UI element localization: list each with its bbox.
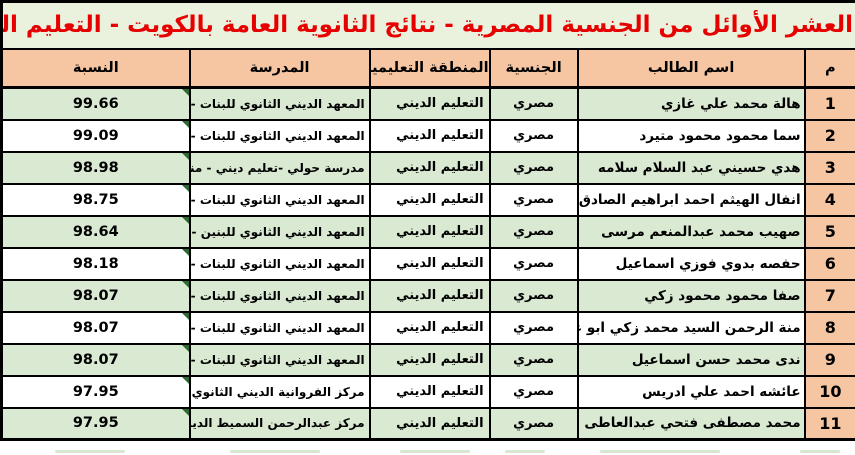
student-name-cell: صفا محمود محمود زكي [578, 280, 805, 312]
cell-error-indicator-icon [182, 377, 189, 384]
rank-cell: 8 [805, 312, 855, 344]
district-cell: التعليم الديني [370, 408, 490, 440]
percentage-value: 98.64 [73, 224, 119, 240]
student-name-cell: صهيب محمد عبدالمنعم مرسى [578, 216, 805, 248]
percentage-value: 97.95 [73, 384, 119, 400]
nationality-cell: مصري [490, 344, 578, 376]
table-row: 11 محمد مصطفى فتحي عبدالعاطى الشابورى مص… [2, 408, 855, 440]
table-header-row: م اسم الطالب الجنسية المنطقة التعليمية ا… [2, 49, 855, 88]
nationality-cell: مصري [490, 120, 578, 152]
percentage-cell: 98.18 [2, 248, 190, 280]
student-name-cell: حفصه بدوي فوزي اسماعيل [578, 248, 805, 280]
school-cell: المعهد الديني الثانوي للبنات - قَرطبة [190, 248, 370, 280]
col-header-district: المنطقة التعليمية [370, 49, 490, 88]
percentage-cell: 98.07 [2, 344, 190, 376]
percentage-value: 99.09 [73, 128, 119, 144]
student-name-cell: سما محمود محمود متيرد [578, 120, 805, 152]
row-sliver [400, 450, 470, 453]
percentage-value: 97.95 [73, 415, 119, 431]
results-table: العشر الأوائل من الجنسية المصرية - نتائج… [0, 0, 855, 441]
school-cell: المعهد الديني الثانوي للبنات - قَرطبة [190, 344, 370, 376]
school-cell: المعهد الديني الثانوي للبنات - قَرطبة [190, 184, 370, 216]
partial-next-row [0, 447, 855, 455]
nationality-cell: مصري [490, 280, 578, 312]
percentage-cell: 98.07 [2, 312, 190, 344]
student-name-cell: هالة محمد علي غازي [578, 88, 805, 120]
rank-cell: 7 [805, 280, 855, 312]
rank-cell: 4 [805, 184, 855, 216]
cell-error-indicator-icon [182, 185, 189, 192]
student-name-cell: محمد مصطفى فتحي عبدالعاطى الشابورى [578, 408, 805, 440]
school-cell: المعهد الديني الثانوي للبنات - قَرطبة [190, 88, 370, 120]
col-header-nationality: الجنسية [490, 49, 578, 88]
cell-error-indicator-icon [182, 121, 189, 128]
rank-cell: 1 [805, 88, 855, 120]
row-sliver [230, 450, 320, 453]
cell-error-indicator-icon [182, 313, 189, 320]
percentage-cell: 99.66 [2, 88, 190, 120]
table-row: 1 هالة محمد علي غازي مصري التعليم الديني… [2, 88, 855, 120]
cell-error-indicator-icon [182, 345, 189, 352]
school-cell: مدرسة حولي -تعليم ديني - منازل بنات [190, 152, 370, 184]
school-cell: المعهد الديني الثانوي للبنات - قَرطبة [190, 280, 370, 312]
col-header-percentage: النسبة [2, 49, 190, 88]
table-row: 3 هدي حسيني عبد السلام سلامه مصري التعلي… [2, 152, 855, 184]
school-cell: المعهد الديني الثانوي للبنين - الفحيحيل [190, 216, 370, 248]
school-cell: مركز الفروانية الديني الثانوي نساء [190, 376, 370, 408]
school-cell: المعهد الديني الثانوي للبنات - قَرطبة [190, 312, 370, 344]
percentage-value: 99.66 [73, 96, 119, 112]
district-cell: التعليم الديني [370, 88, 490, 120]
nationality-cell: مصري [490, 216, 578, 248]
percentage-value: 98.98 [73, 160, 119, 176]
rank-cell: 3 [805, 152, 855, 184]
percentage-value: 98.07 [73, 288, 119, 304]
rank-cell: 6 [805, 248, 855, 280]
percentage-cell: 98.64 [2, 216, 190, 248]
district-cell: التعليم الديني [370, 184, 490, 216]
nationality-cell: مصري [490, 248, 578, 280]
cell-error-indicator-icon [182, 249, 189, 256]
school-cell: المعهد الديني الثانوي للبنات - قَرطبة [190, 120, 370, 152]
rank-cell: 10 [805, 376, 855, 408]
district-cell: التعليم الديني [370, 216, 490, 248]
district-cell: التعليم الديني [370, 248, 490, 280]
percentage-value: 98.18 [73, 256, 119, 272]
student-name-cell: انفال الهيثم احمد ابراهيم الصادق [578, 184, 805, 216]
student-name-cell: ندى محمد حسن اسماعيل [578, 344, 805, 376]
cell-error-indicator-icon [182, 153, 189, 160]
percentage-cell: 97.95 [2, 376, 190, 408]
school-cell: مركز عبدالرحمن السميط الديني - قَرطبة - … [190, 408, 370, 440]
table-row: 7 صفا محمود محمود زكي مصري التعليم الدين… [2, 280, 855, 312]
table-row: 5 صهيب محمد عبدالمنعم مرسى مصري التعليم … [2, 216, 855, 248]
nationality-cell: مصري [490, 312, 578, 344]
nationality-cell: مصري [490, 376, 578, 408]
rank-cell: 5 [805, 216, 855, 248]
row-sliver [800, 450, 840, 453]
page-title: العشر الأوائل من الجنسية المصرية - نتائج… [2, 2, 855, 49]
percentage-value: 98.75 [73, 192, 119, 208]
nationality-cell: مصري [490, 152, 578, 184]
rank-cell: 2 [805, 120, 855, 152]
percentage-value: 98.07 [73, 320, 119, 336]
percentage-cell: 97.95 [2, 408, 190, 440]
percentage-cell: 98.07 [2, 280, 190, 312]
table-row: 6 حفصه بدوي فوزي اسماعيل مصري التعليم ال… [2, 248, 855, 280]
student-name-cell: عائشه احمد علي ادريس [578, 376, 805, 408]
row-sliver [600, 450, 720, 453]
nationality-cell: مصري [490, 88, 578, 120]
title-row: العشر الأوائل من الجنسية المصرية - نتائج… [2, 2, 855, 49]
table-row: 9 ندى محمد حسن اسماعيل مصري التعليم الدي… [2, 344, 855, 376]
district-cell: التعليم الديني [370, 312, 490, 344]
cell-error-indicator-icon [182, 89, 189, 96]
col-header-rank: م [805, 49, 855, 88]
percentage-value: 98.07 [73, 352, 119, 368]
cell-error-indicator-icon [182, 217, 189, 224]
cell-error-indicator-icon [182, 409, 189, 416]
row-sliver [55, 450, 125, 453]
results-sheet: العشر الأوائل من الجنسية المصرية - نتائج… [0, 0, 855, 455]
percentage-cell: 99.09 [2, 120, 190, 152]
district-cell: التعليم الديني [370, 120, 490, 152]
cell-error-indicator-icon [182, 281, 189, 288]
row-sliver [505, 450, 545, 453]
district-cell: التعليم الديني [370, 376, 490, 408]
student-name-cell: هدي حسيني عبد السلام سلامه [578, 152, 805, 184]
rank-cell: 9 [805, 344, 855, 376]
col-header-school: المدرسة [190, 49, 370, 88]
nationality-cell: مصري [490, 408, 578, 440]
nationality-cell: مصري [490, 184, 578, 216]
table-row: 10 عائشه احمد علي ادريس مصري التعليم الد… [2, 376, 855, 408]
percentage-cell: 98.75 [2, 184, 190, 216]
student-name-cell: منة الرحمن السيد محمد زكي ابو عريشه [578, 312, 805, 344]
district-cell: التعليم الديني [370, 280, 490, 312]
percentage-cell: 98.98 [2, 152, 190, 184]
table-row: 4 انفال الهيثم احمد ابراهيم الصادق مصري … [2, 184, 855, 216]
col-header-student-name: اسم الطالب [578, 49, 805, 88]
district-cell: التعليم الديني [370, 344, 490, 376]
district-cell: التعليم الديني [370, 152, 490, 184]
rank-cell: 11 [805, 408, 855, 440]
table-row: 8 منة الرحمن السيد محمد زكي ابو عريشه مص… [2, 312, 855, 344]
table-row: 2 سما محمود محمود متيرد مصري التعليم الد… [2, 120, 855, 152]
